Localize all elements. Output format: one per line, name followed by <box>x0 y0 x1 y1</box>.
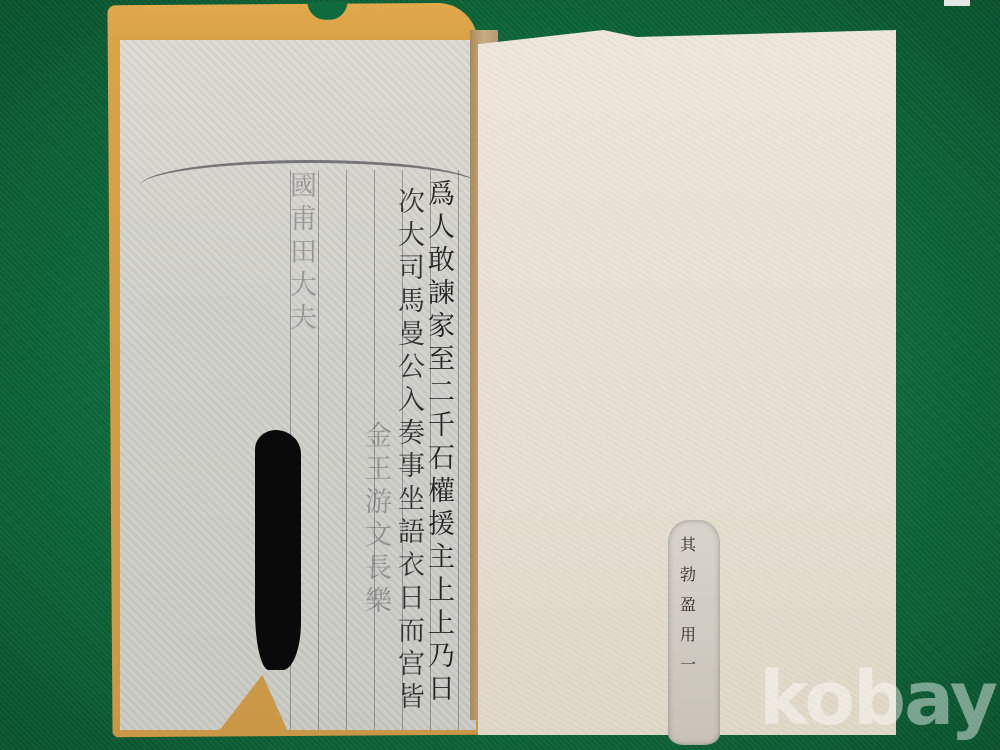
char: 宫 <box>398 648 425 681</box>
char: 主 <box>428 541 455 574</box>
char: 上 <box>428 574 455 607</box>
char: 大 <box>290 269 317 302</box>
char: 司 <box>398 252 425 285</box>
char: 王 <box>365 453 392 486</box>
char: 游 <box>365 486 392 519</box>
char: 敢 <box>428 244 455 277</box>
char: 千 <box>428 409 455 442</box>
char: 盈 <box>680 590 696 620</box>
char: 其 <box>680 530 696 560</box>
watermark-logo: kobay <box>759 656 996 742</box>
char: 事 <box>398 450 425 483</box>
char: 人 <box>428 211 455 244</box>
char: 乃 <box>428 640 455 673</box>
text-column-3: 金 王 游 文 長 樂 <box>365 420 392 618</box>
char: 樂 <box>365 585 392 618</box>
corner-object <box>944 0 970 6</box>
char: 至 <box>428 343 455 376</box>
char: 金 <box>365 420 392 453</box>
torn-hole <box>255 430 301 670</box>
char: 奏 <box>398 417 425 450</box>
faint-text-column: 國 甫 田 大 夫 <box>290 170 317 335</box>
text-column-1: 爲 人 敢 諫 家 至 二 千 石 權 援 主 上 上 乃 日 <box>428 178 455 706</box>
char: 日 <box>428 673 455 706</box>
char: 大 <box>398 219 425 252</box>
char: 甫 <box>290 203 317 236</box>
char: 文 <box>365 519 392 552</box>
char: 衣 <box>398 549 425 582</box>
char: 爲 <box>428 178 455 211</box>
char: 用 <box>680 620 696 650</box>
char: 家 <box>428 310 455 343</box>
char: 權 <box>428 475 455 508</box>
char: 一 <box>680 650 696 680</box>
char: 援 <box>428 508 455 541</box>
char: 二 <box>428 376 455 409</box>
char: 石 <box>428 442 455 475</box>
char: 諫 <box>428 277 455 310</box>
char: 公 <box>398 351 425 384</box>
char: 皆 <box>398 681 425 714</box>
char: 夫 <box>290 302 317 335</box>
char: 上 <box>428 607 455 640</box>
text-column-2: 次 大 司 馬 曼 公 入 奏 事 坐 語 衣 日 而 宫 皆 <box>398 186 425 714</box>
char: 次 <box>398 186 425 219</box>
char: 曼 <box>398 318 425 351</box>
char: 日 <box>398 582 425 615</box>
char: 入 <box>398 384 425 417</box>
char: 勃 <box>680 560 696 590</box>
cover-notch <box>307 2 347 20</box>
char: 國 <box>290 170 317 203</box>
char: 長 <box>365 552 392 585</box>
char: 田 <box>290 236 317 269</box>
char: 語 <box>398 516 425 549</box>
tear-visible-text: 其 勃 盈 用 一 <box>680 530 696 680</box>
char: 坐 <box>398 483 425 516</box>
char: 而 <box>398 615 425 648</box>
char: 馬 <box>398 285 425 318</box>
